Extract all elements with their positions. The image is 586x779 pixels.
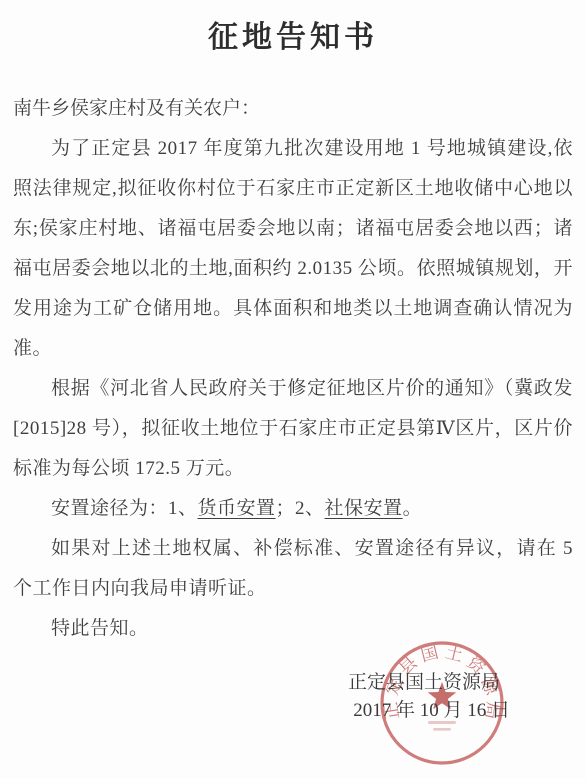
issue-date: 2017 年 10 月 16 日: [348, 697, 510, 725]
resettlement-separator: ；2、: [276, 498, 325, 519]
resettlement-suffix: 。: [403, 498, 423, 519]
paragraph-resettlement-options: 安置途径为：1、货币安置；2、社保安置。: [13, 489, 573, 529]
notice-document-page: 征地告知书 南牛乡侯家庄村及有关农户： 为了正定县 2017 年度第九批次建设用…: [0, 0, 586, 779]
paragraph-land-description: 为了正定县 2017 年度第九批次建设用地 1 号地城镇建设,依照法律规定,拟征…: [13, 129, 573, 369]
resettlement-option-monetary: 货币安置: [198, 498, 276, 519]
paragraph-objection-hearing: 如果对上述土地权属、补偿标准、安置途径有异议，请在 5 个工作日内向我局申请听证…: [13, 529, 573, 609]
paragraph-price-standard: 根据《河北省人民政府关于修定征地区片价的通知》（冀政发[2015]28 号），拟…: [13, 369, 573, 489]
salutation-line: 南牛乡侯家庄村及有关农户：: [13, 89, 573, 129]
issuing-agency-name: 正定县国土资源局: [348, 669, 500, 697]
signature-block: 正定县国土资源局 2017 年 10 月 16 日: [348, 669, 500, 725]
resettlement-prefix: 安置途径为：1、: [51, 498, 198, 519]
document-title: 征地告知书: [13, 20, 573, 56]
resettlement-option-social-security: 社保安置: [325, 498, 403, 519]
